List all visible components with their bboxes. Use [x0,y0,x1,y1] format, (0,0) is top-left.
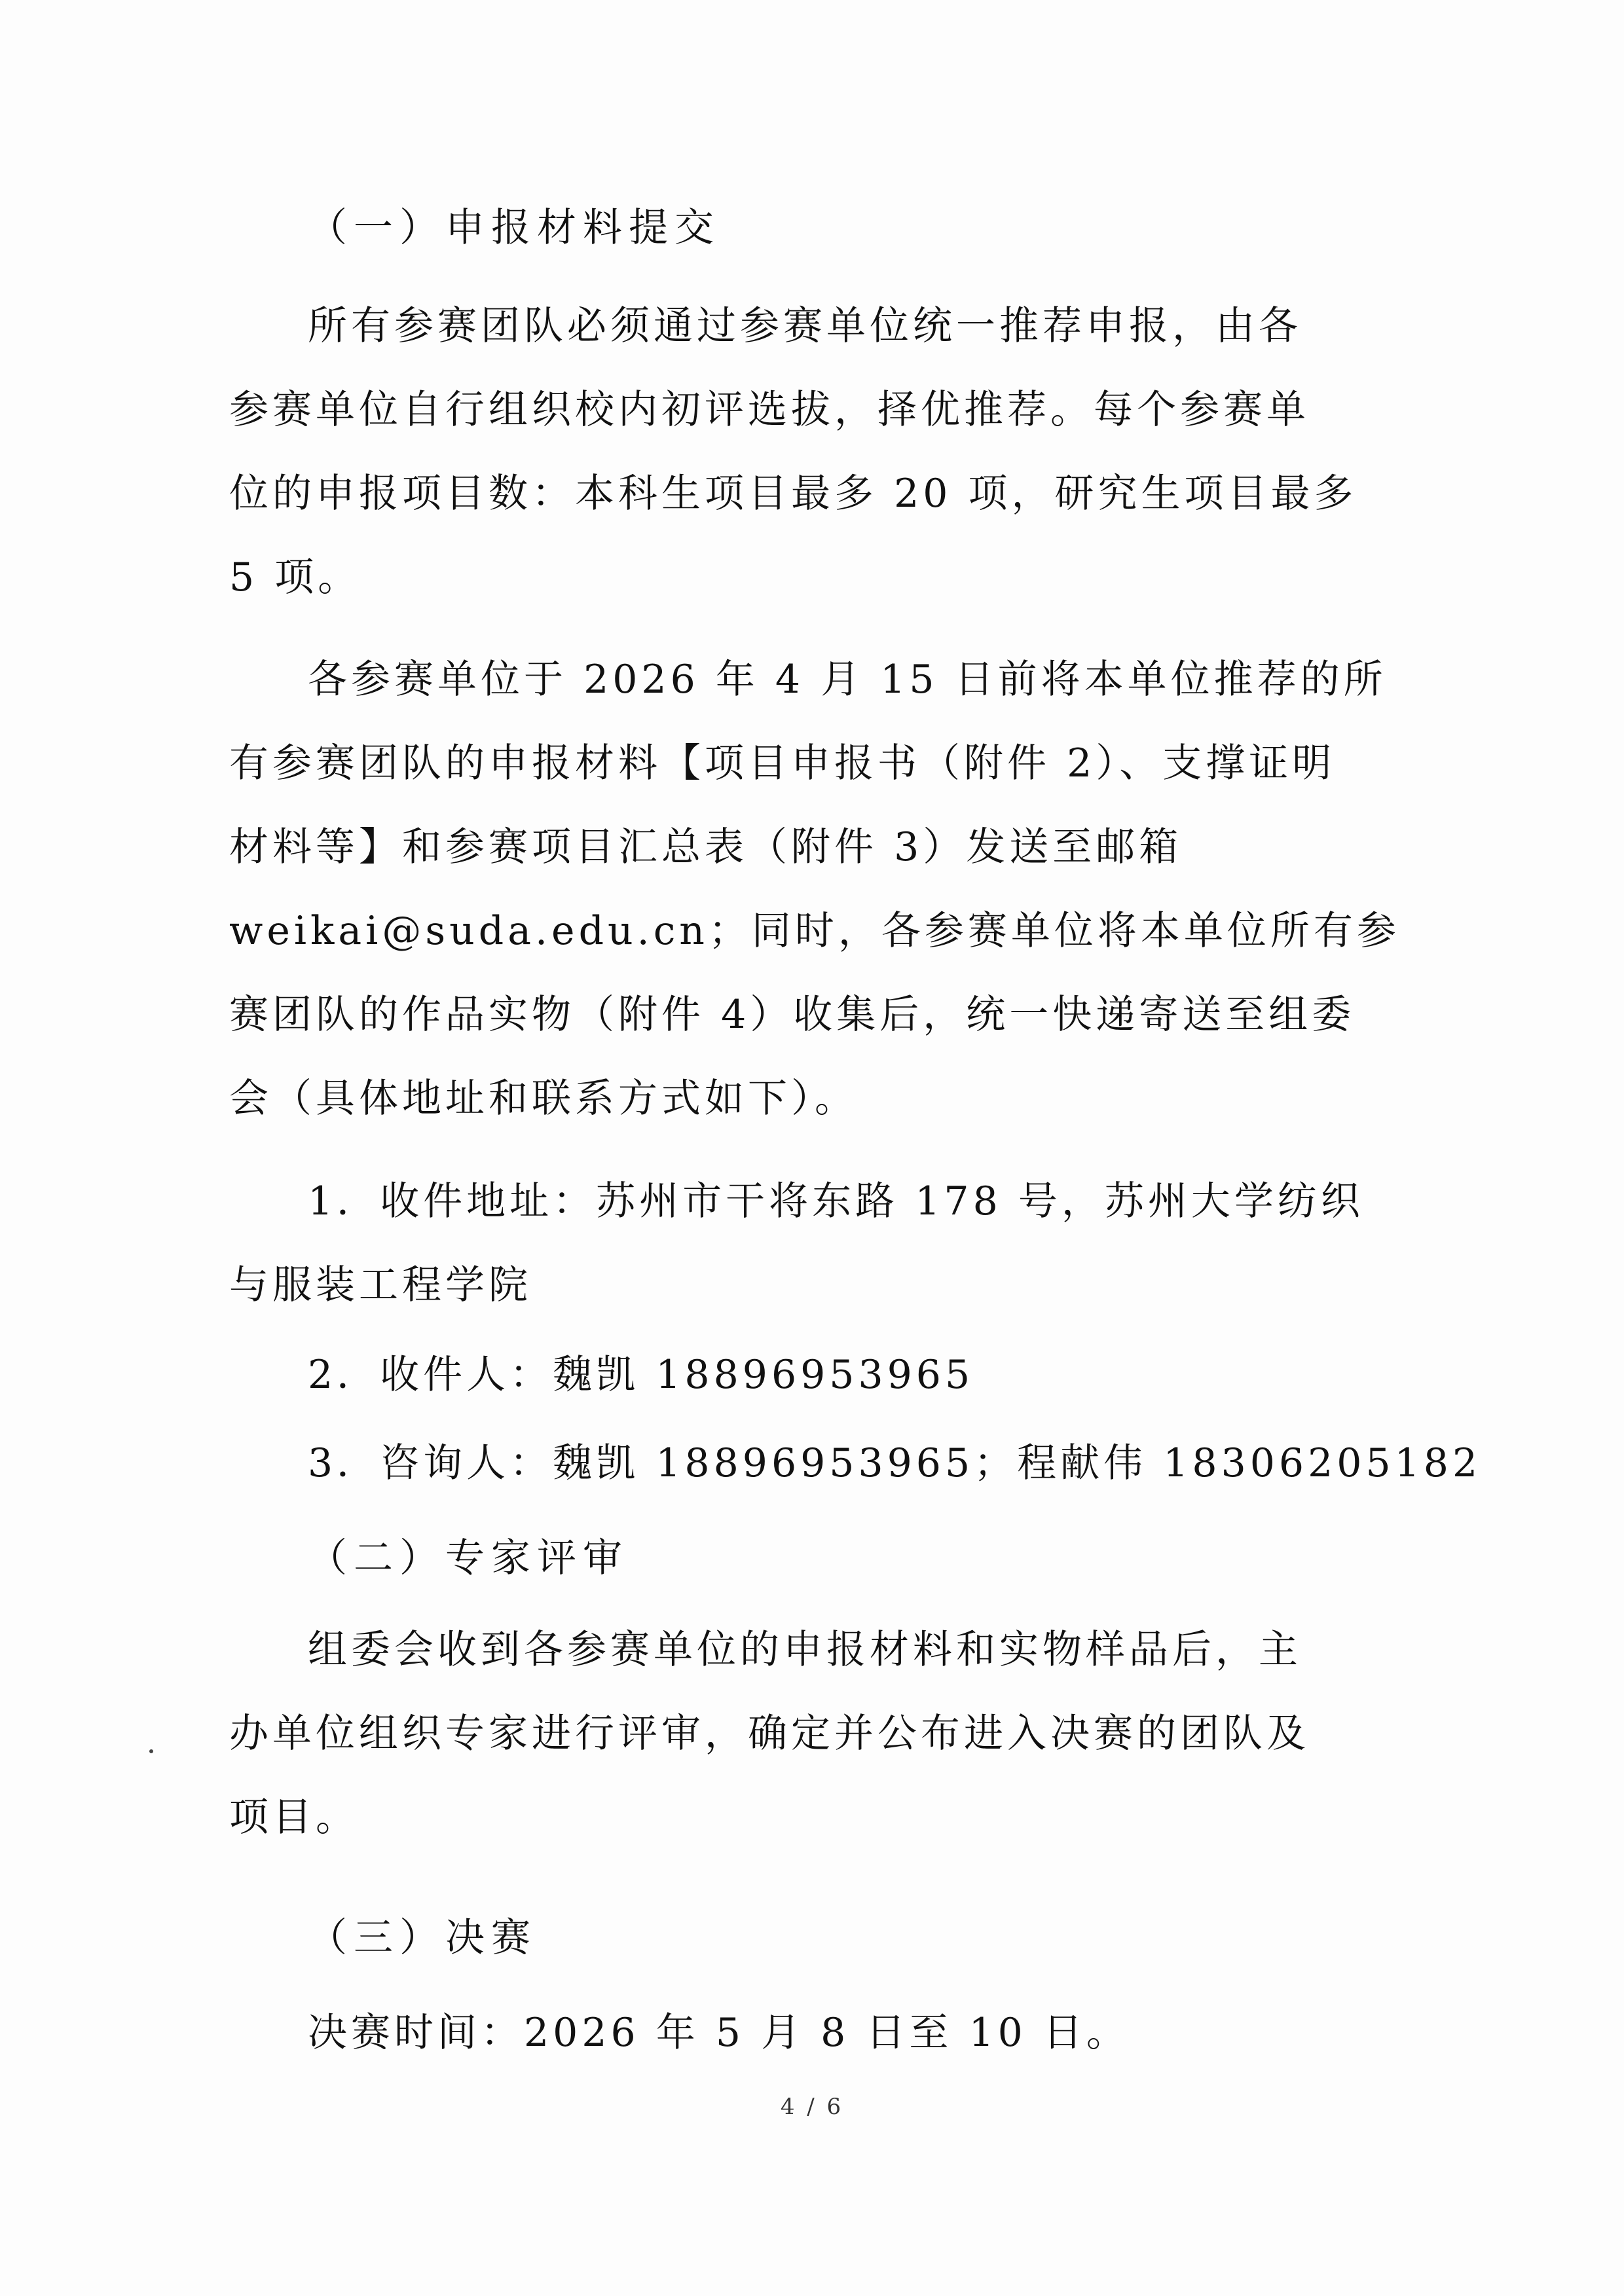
paragraph-line: 各参赛单位于 2026 年 4 月 15 日前将本单位推荐的所 [308,653,1387,706]
paragraph-line: 组委会收到各参赛单位的申报材料和实物样品后，主 [308,1624,1302,1676]
paragraph-line: 会（具体地址和联系方式如下）。 [229,1072,858,1125]
document-page: （一）申报材料提交 所有参赛团队必须通过参赛单位统一推荐申报，由各 参赛单位自行… [0,0,1624,2296]
final-date-line: 决赛时间：2026 年 5 月 8 日至 10 日。 [308,2007,1130,2059]
paragraph-line: 办单位组织专家进行评审，确定并公布进入决赛的团队及 [229,1707,1310,1760]
paragraph-line: 项目。 [229,1791,359,1844]
paragraph-line: 材料等】和参赛项目汇总表（附件 3）发送至邮箱 [229,821,1182,873]
address-item: 1．收件地址：苏州市干将东路 178 号，苏州大学纺织 [308,1175,1364,1228]
recipient-item: 2．收件人：魏凯 18896953965 [308,1349,974,1401]
address-item-continued: 与服装工程学院 [229,1259,532,1311]
scan-artifact-dot [149,1749,153,1753]
paragraph-line: 有参赛团队的申报材料【项目申报书（附件 2）、支撑证明 [229,737,1335,790]
section-heading-final: （三）决赛 [308,1912,537,1964]
paragraph-line: 位的申报项目数：本科生项目最多 20 项，研究生项目最多 [229,467,1357,520]
section-heading-expert-review: （二）专家评审 [308,1532,629,1584]
email-line: weikai@suda.edu.cn；同时，各参赛单位将本单位所有参 [229,905,1400,957]
section-heading-submission: （一）申报材料提交 [308,202,720,254]
paragraph-line: 参赛单位自行组织校内初评选拔，择优推荐。每个参赛单 [229,384,1310,436]
paragraph-line: 5 项。 [229,551,361,604]
page-number: 4 / 6 [766,2092,858,2121]
paragraph-line: 所有参赛团队必须通过参赛单位统一推荐申报，由各 [308,300,1302,352]
consultant-item: 3．咨询人：魏凯 18896953965；程献伟 18306205182 [308,1437,1481,1489]
paragraph-line: 赛团队的作品实物（附件 4）收集后，统一快递寄送至组委 [229,989,1355,1041]
